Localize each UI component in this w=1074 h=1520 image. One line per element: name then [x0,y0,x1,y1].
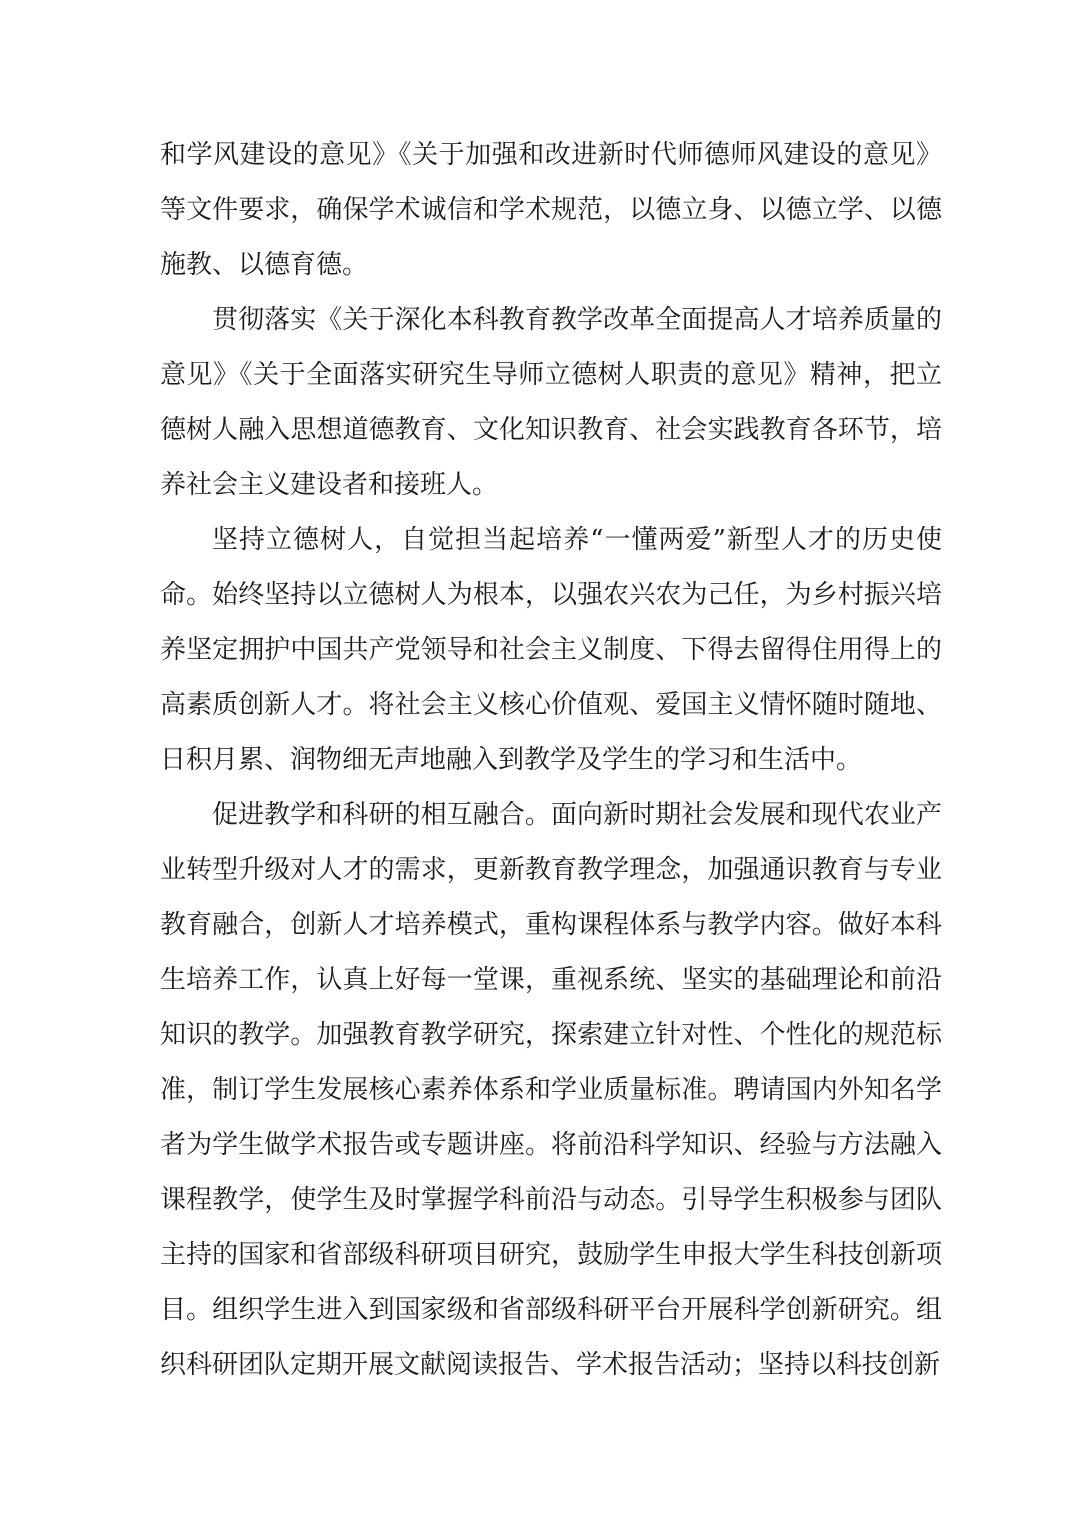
paragraph-implement-policies: 贯彻落实《关于深化本科教育教学改革全面提高人才培养质量的意见》《关于全面落实研究… [160,293,942,513]
document-page: 和学风建设的意见》《关于加强和改进新时代师德师风建设的意见》等文件要求，确保学术… [0,0,1074,1520]
paragraph-continuation: 和学风建设的意见》《关于加强和改进新时代师德师风建设的意见》等文件要求，确保学术… [160,128,942,293]
paragraph-teaching-research-integration: 促进教学和科研的相互融合。面向新时期社会发展和现代农业产业转型升级对人才的需求，… [160,788,942,1393]
paragraph-moral-education: 坚持立德树人，自觉担当起培养“一懂两爱”新型人才的历史使命。始终坚持以立德树人为… [160,513,942,788]
